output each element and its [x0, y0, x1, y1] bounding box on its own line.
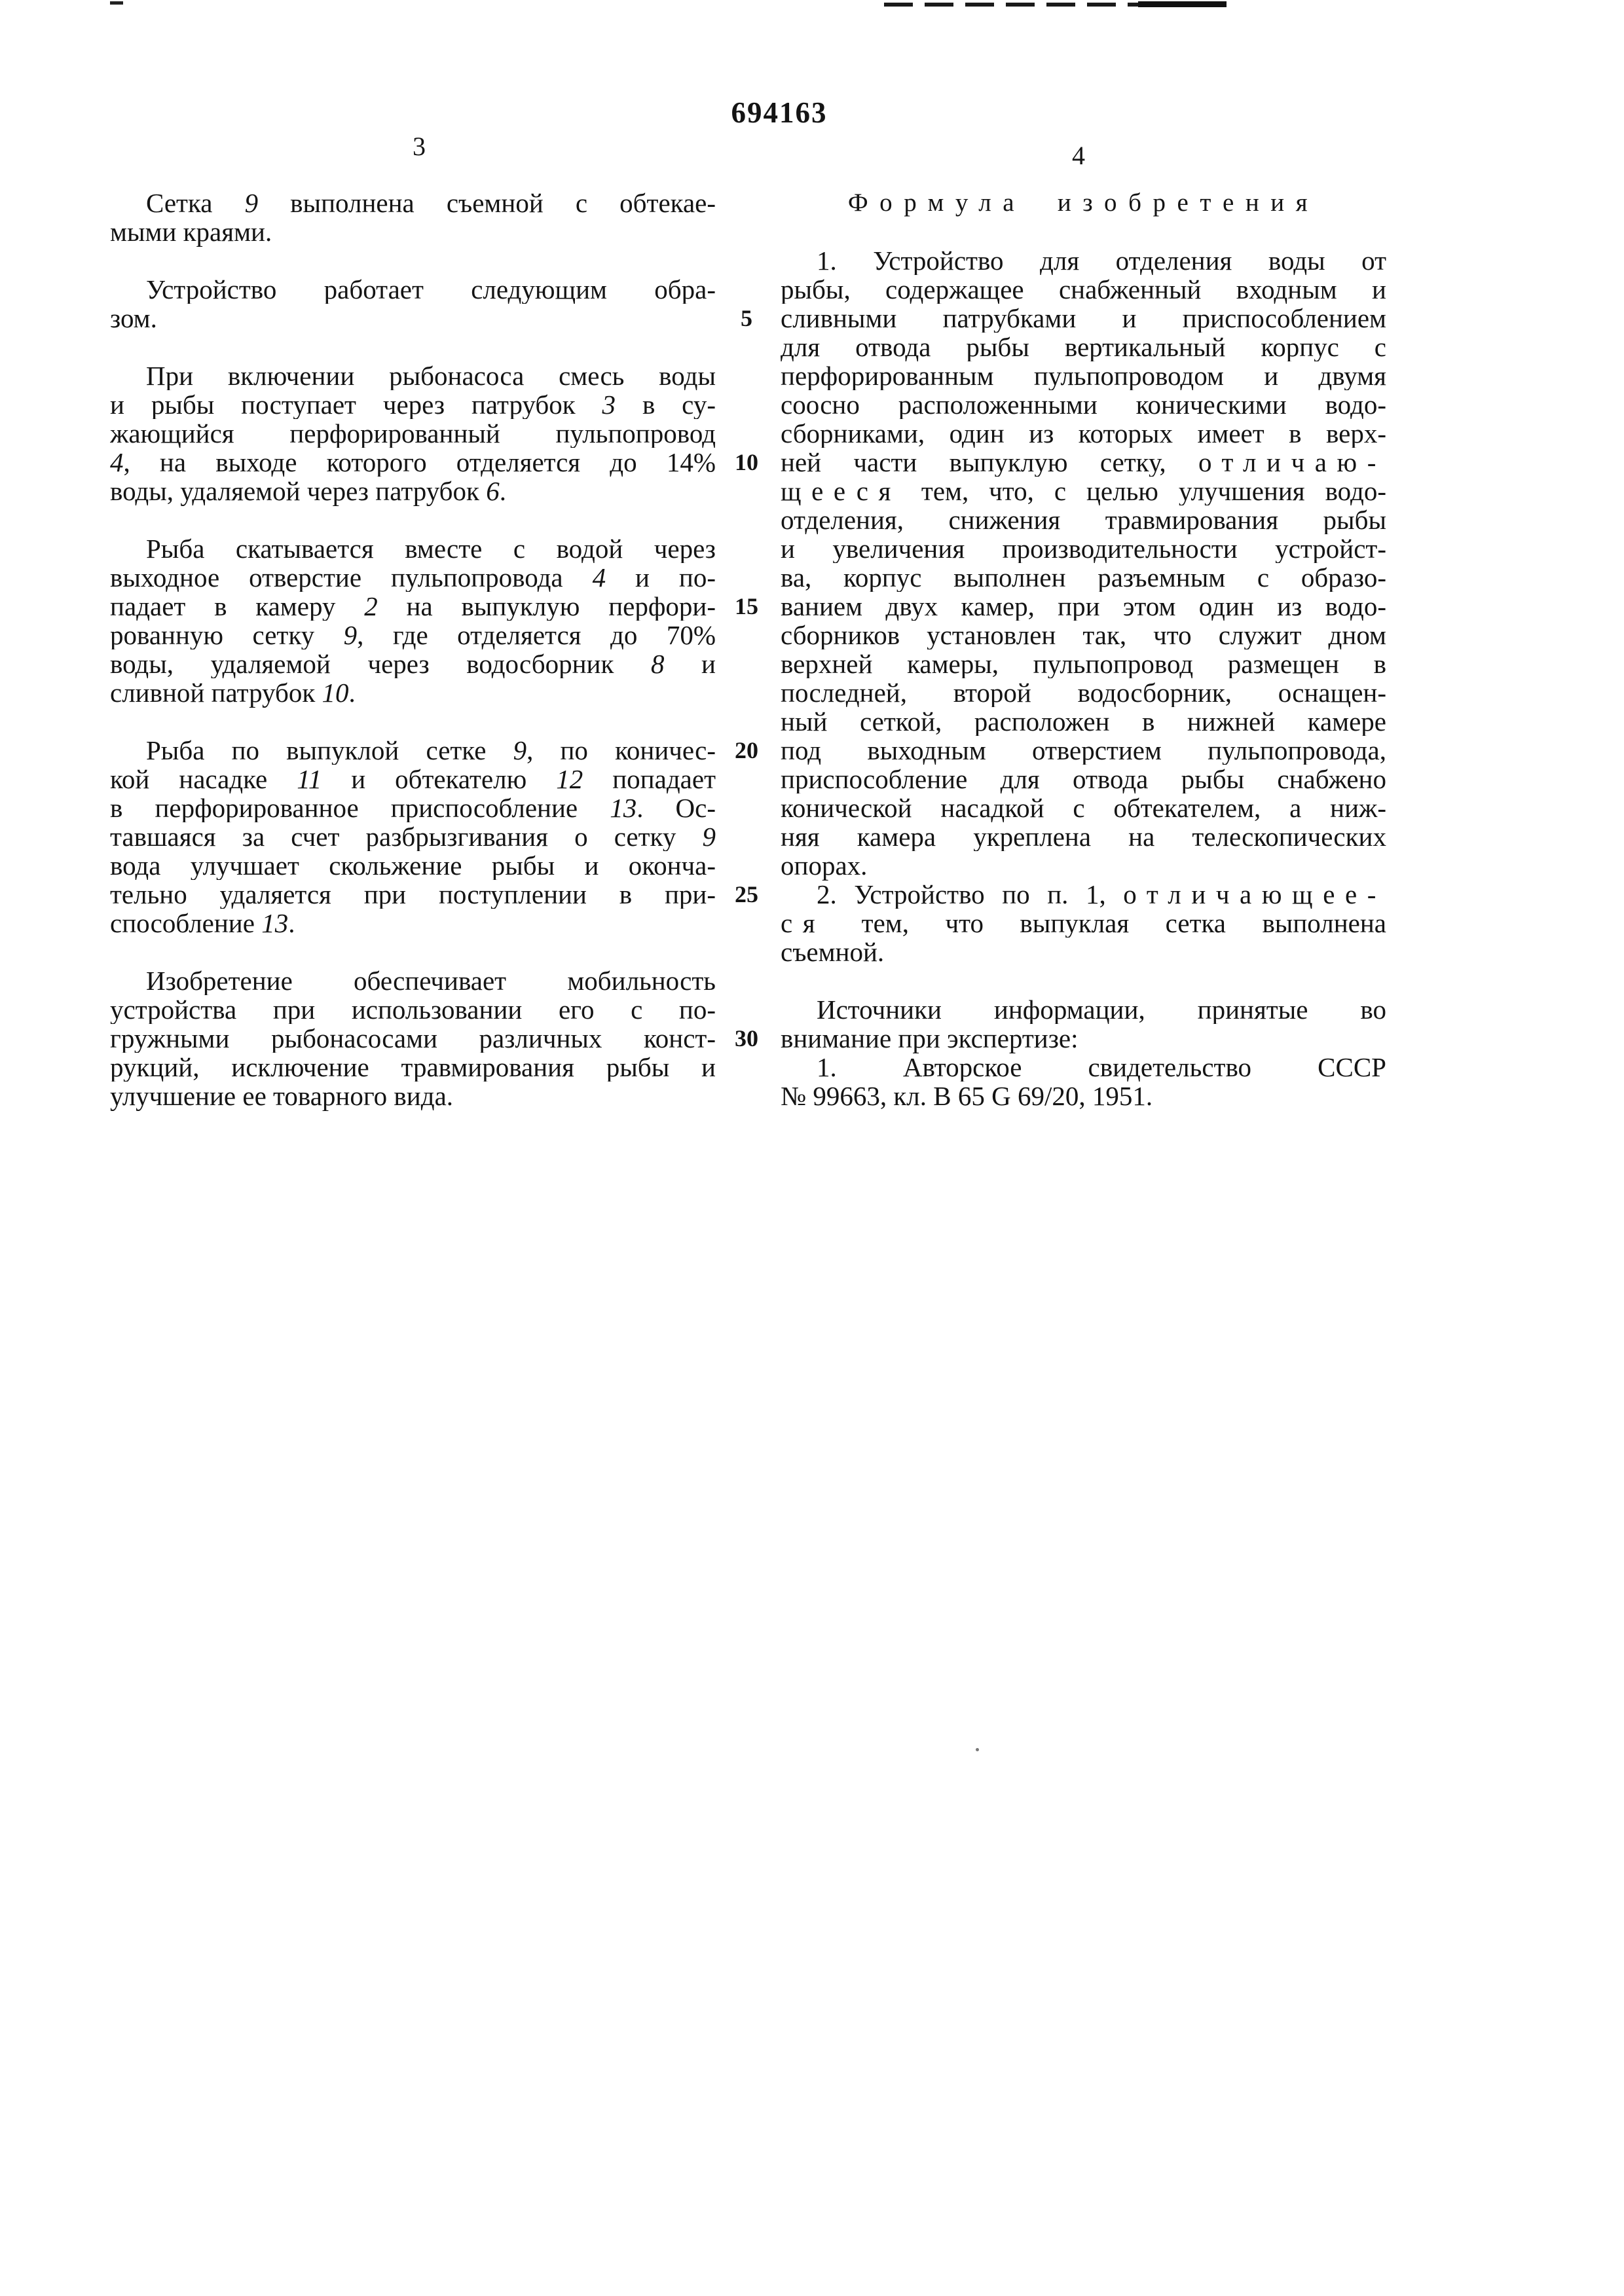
text-line: Источники информации, принятые во	[781, 995, 1386, 1024]
text-line: опорах.	[781, 851, 1386, 880]
text-line: перфорированным пульпопроводом и двумя	[781, 361, 1386, 390]
left-column: Сетка 9 выполнена съемной с обтекае-мыми…	[110, 189, 716, 1110]
text-line: 1. Авторское свидетельство СССР	[781, 1053, 1386, 1082]
emphasized-text: ся	[781, 909, 825, 938]
reference-numeral: 13	[261, 908, 288, 938]
text-line: Сетка 9 выполнена съемной с обтекае-	[110, 189, 716, 217]
text-line: При включении рыбонасоса смесь воды	[110, 361, 716, 390]
text-line: ней части выпуклую сетку, отличаю-	[781, 448, 1386, 477]
page-number-right: 4	[1049, 140, 1108, 171]
emphasized-text: отличающее-	[1123, 880, 1386, 909]
line-number: 30	[719, 1024, 774, 1053]
text-line: съемной.	[781, 938, 1386, 966]
line-number: 25	[719, 880, 774, 909]
emphasized-text: отличаю-	[1198, 448, 1386, 477]
reference-numeral: 8	[651, 649, 665, 678]
blank-line	[110, 246, 716, 275]
blank-line	[781, 966, 1386, 995]
text-line: ный сеткой, расположен в нижней камере	[781, 707, 1386, 736]
text-line: мыми краями.	[110, 217, 716, 246]
text-line: ва, корпус выполнен разъемным с образо-	[781, 563, 1386, 592]
text-line: сливной патрубок 10.	[110, 678, 716, 707]
text-line: устройства при использовании его с по-	[110, 995, 716, 1024]
text-line: верхней камеры, пульпопровод размещен в	[781, 649, 1386, 678]
line-number: 15	[719, 592, 774, 621]
text-line: тавшаяся за счет разбрызгивания о сетку …	[110, 822, 716, 851]
text-line: сборниками, один из которых имеет в верх…	[781, 419, 1386, 448]
text-line: Изобретение обеспечивает мобильность	[110, 966, 716, 995]
reference-numeral: 12	[556, 765, 583, 793]
reference-numeral: 9	[513, 736, 527, 765]
gutter-line-numbers: 51015202530	[719, 0, 774, 2296]
text-line: воды, удаляемой через патрубок 6.	[110, 477, 716, 505]
reference-numeral: 4	[110, 448, 124, 477]
text-line: воды, удаляемой через водосборник 8 и	[110, 649, 716, 678]
text-line: приспособление для отвода рыбы снабжено	[781, 765, 1386, 793]
text-line: для отвода рыбы вертикальный корпус с	[781, 333, 1386, 361]
text-line: под выходным отверстием пульпопровода,	[781, 736, 1386, 765]
blank-line	[110, 938, 716, 966]
text-line: тельно удаляется при поступлении в при-	[110, 880, 716, 909]
text-line: и рыбы поступает через патрубок 3 в су-	[110, 390, 716, 419]
text-line: Рыба скатывается вместе с водой через	[110, 534, 716, 563]
text-line: № 99663, кл. B 65 G 69/20, 1951.	[781, 1082, 1386, 1110]
text-line: выходное отверстие пульпопровода 4 и по-	[110, 563, 716, 592]
text-line: улучшение ее товарного вида.	[110, 1082, 716, 1110]
line-number: 20	[719, 736, 774, 765]
text-line: жающийся перфорированный пульпопровод	[110, 419, 716, 448]
claims-heading: Формула изобретения	[781, 189, 1386, 217]
scan-artifact-dot	[976, 1748, 979, 1751]
text-line: 2. Устройство по п. 1, отличающее-	[781, 880, 1386, 909]
reference-numeral: 6	[486, 476, 500, 506]
text-line: 1. Устройство для отделения воды от	[781, 246, 1386, 275]
reference-numeral: 9	[245, 189, 259, 217]
page-number-left: 3	[390, 131, 449, 162]
text-line: отделения, снижения травмирования рыбы	[781, 505, 1386, 534]
text-line: и увеличения производительности устройст…	[781, 534, 1386, 563]
blank-line	[110, 333, 716, 361]
text-line: щееся тем, что, с целью улучшения водо-	[781, 477, 1386, 505]
line-number: 5	[719, 304, 774, 333]
reference-numeral: 9	[703, 822, 716, 851]
text-line: 4, на выходе которого отделяется до 14%	[110, 448, 716, 477]
text-line: ся тем, что выпуклая сетка выполнена	[781, 909, 1386, 938]
text-line: Рыба по выпуклой сетке 9, по коничес-	[110, 736, 716, 765]
text-line: внимание при экспертизе:	[781, 1024, 1386, 1053]
text-line: рукций, исключение травмирования рыбы и	[110, 1053, 716, 1082]
text-line: конической насадкой с обтекателем, а ниж…	[781, 793, 1386, 822]
text-line: рыбы, содержащее снабженный входным и	[781, 275, 1386, 304]
page: 694163 3 4 Формула изобретения Сетка 9 в…	[0, 0, 1624, 2296]
text-line: вода улучшает скольжение рыбы и оконча-	[110, 851, 716, 880]
reference-numeral: 11	[297, 765, 322, 793]
line-number: 10	[719, 448, 774, 477]
blank-line	[110, 505, 716, 534]
scan-artifact-dash	[110, 1, 123, 5]
text-line: падает в камеру 2 на выпуклую перфори-	[110, 592, 716, 621]
text-line: способление 13.	[110, 909, 716, 938]
text-line: последней, второй водосборник, оснащен-	[781, 678, 1386, 707]
emphasized-text: щееся	[781, 477, 901, 505]
reference-numeral: 2	[364, 592, 378, 621]
scan-artifact-bold-line	[1138, 1, 1227, 7]
reference-numeral: 10	[322, 678, 349, 708]
text-line: ванием двух камер, при этом один из водо…	[781, 592, 1386, 621]
scan-artifact-dashed-line	[884, 3, 1146, 7]
text-line: рованную сетку 9, где отделяется до 70%	[110, 621, 716, 649]
blank-line	[110, 707, 716, 736]
text-line: Устройство работает следующим обра-	[110, 275, 716, 304]
text-line: няя камера укреплена на телескопических	[781, 822, 1386, 851]
reference-numeral: 9	[344, 621, 358, 649]
text-line: сборников установлен так, что служит дно…	[781, 621, 1386, 649]
text-line: гружными рыбонасосами различных конст-	[110, 1024, 716, 1053]
text-line: сливными патрубками и приспособлением	[781, 304, 1386, 333]
text-line: соосно расположенными коническими водо-	[781, 390, 1386, 419]
reference-numeral: 13	[610, 793, 637, 822]
reference-numeral: 3	[602, 390, 616, 419]
text-line: кой насадке 11 и обтекателю 12 попадает	[110, 765, 716, 793]
reference-numeral: 4	[593, 563, 606, 592]
right-column: 1. Устройство для отделения воды отрыбы,…	[781, 246, 1386, 1110]
text-line: в перфорированное приспособление 13. Ос-	[110, 793, 716, 822]
text-line: зом.	[110, 304, 716, 333]
